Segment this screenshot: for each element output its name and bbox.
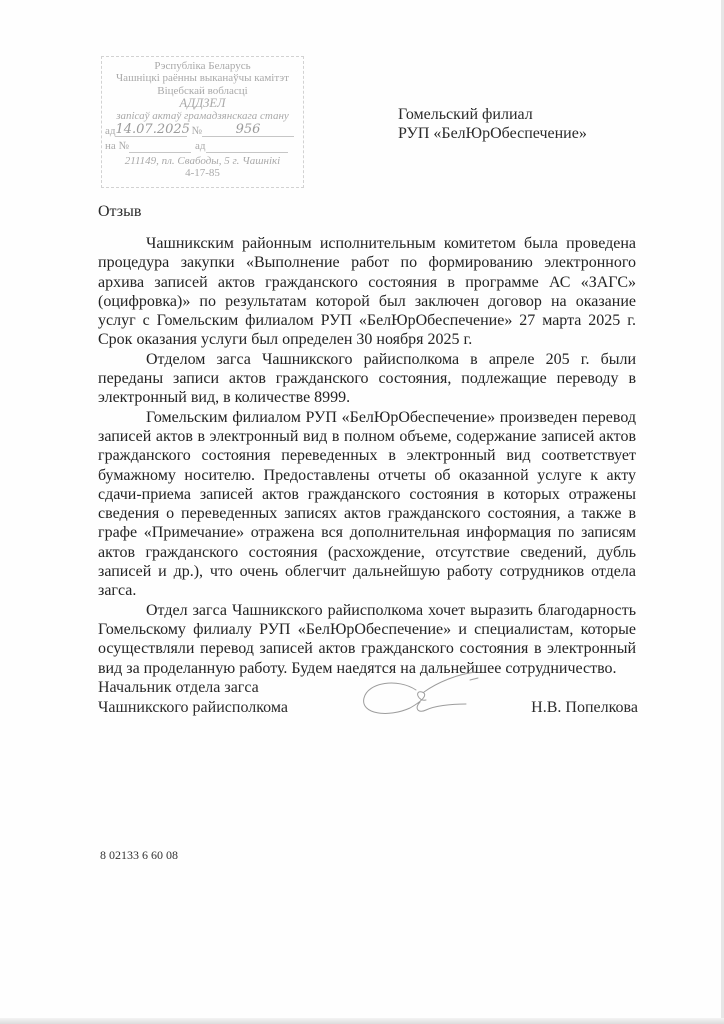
stamp-committee: Чашніцкі раённы выканаўчы камітэт <box>102 72 303 84</box>
footer-phone: 8 02133 6 60 08 <box>100 848 178 863</box>
stamp-department-desc: запісаў актаў грамадзянскага стану <box>102 110 303 122</box>
document-title: Отзыв <box>98 203 141 221</box>
stamp-date-number-row: ад 14.07.2025 № 956 <box>102 124 303 137</box>
paragraph-3: Гомельским филиалом РУП «БелЮрОбеспечени… <box>98 408 636 601</box>
stamp-ref-from-label: ад <box>195 140 205 152</box>
stamp-number-handwritten: 956 <box>202 124 294 137</box>
registration-stamp: Рэспубліка Беларусь Чашніцкі раённы выка… <box>101 56 304 188</box>
position-line-2: Чашникского райисполкома <box>98 698 288 718</box>
paragraph-1: Чашникским районным исполнительным комит… <box>98 234 636 350</box>
stamp-country: Рэспубліка Беларусь <box>102 60 303 72</box>
stamp-ref-from-blank <box>206 142 288 153</box>
addressee-line-1: Гомельский филиал <box>398 105 587 124</box>
document-body: Чашникским районным исполнительным комит… <box>98 234 636 678</box>
paragraph-2: Отделом загса Чашникского райисполкома в… <box>98 350 636 408</box>
position-line-1: Начальник отдела загса <box>98 678 288 698</box>
addressee-line-2: РУП «БелЮрОбеспечение» <box>398 124 587 143</box>
stamp-department: АДДЗЕЛ <box>102 97 303 109</box>
stamp-ref-row: на № ад <box>102 140 303 152</box>
paragraph-4: Отдел загса Чашникского райисполкома хоч… <box>98 601 636 678</box>
scan-edge-bottom <box>0 1018 724 1024</box>
document-page: Рэспубліка Беларусь Чашніцкі раённы выка… <box>0 0 724 1024</box>
stamp-address: 211149, пл. Свабоды, 5 г. Чашнікі <box>102 155 303 167</box>
signatory-position: Начальник отдела загса Чашникского райис… <box>98 678 288 717</box>
addressee-block: Гомельский филиал РУП «БелЮрОбеспечение» <box>398 105 587 143</box>
stamp-date-prefix: ад <box>105 125 115 137</box>
stamp-date-handwritten: 14.07.2025 <box>115 124 187 137</box>
signatory-name: Н.В. Попелкова <box>531 698 638 718</box>
stamp-ref-blank <box>129 142 191 153</box>
stamp-phone: 4-17-85 <box>102 167 303 179</box>
handwritten-signature-icon <box>358 668 498 728</box>
stamp-ref-label: на № <box>105 140 129 152</box>
stamp-number-prefix: № <box>191 125 202 137</box>
